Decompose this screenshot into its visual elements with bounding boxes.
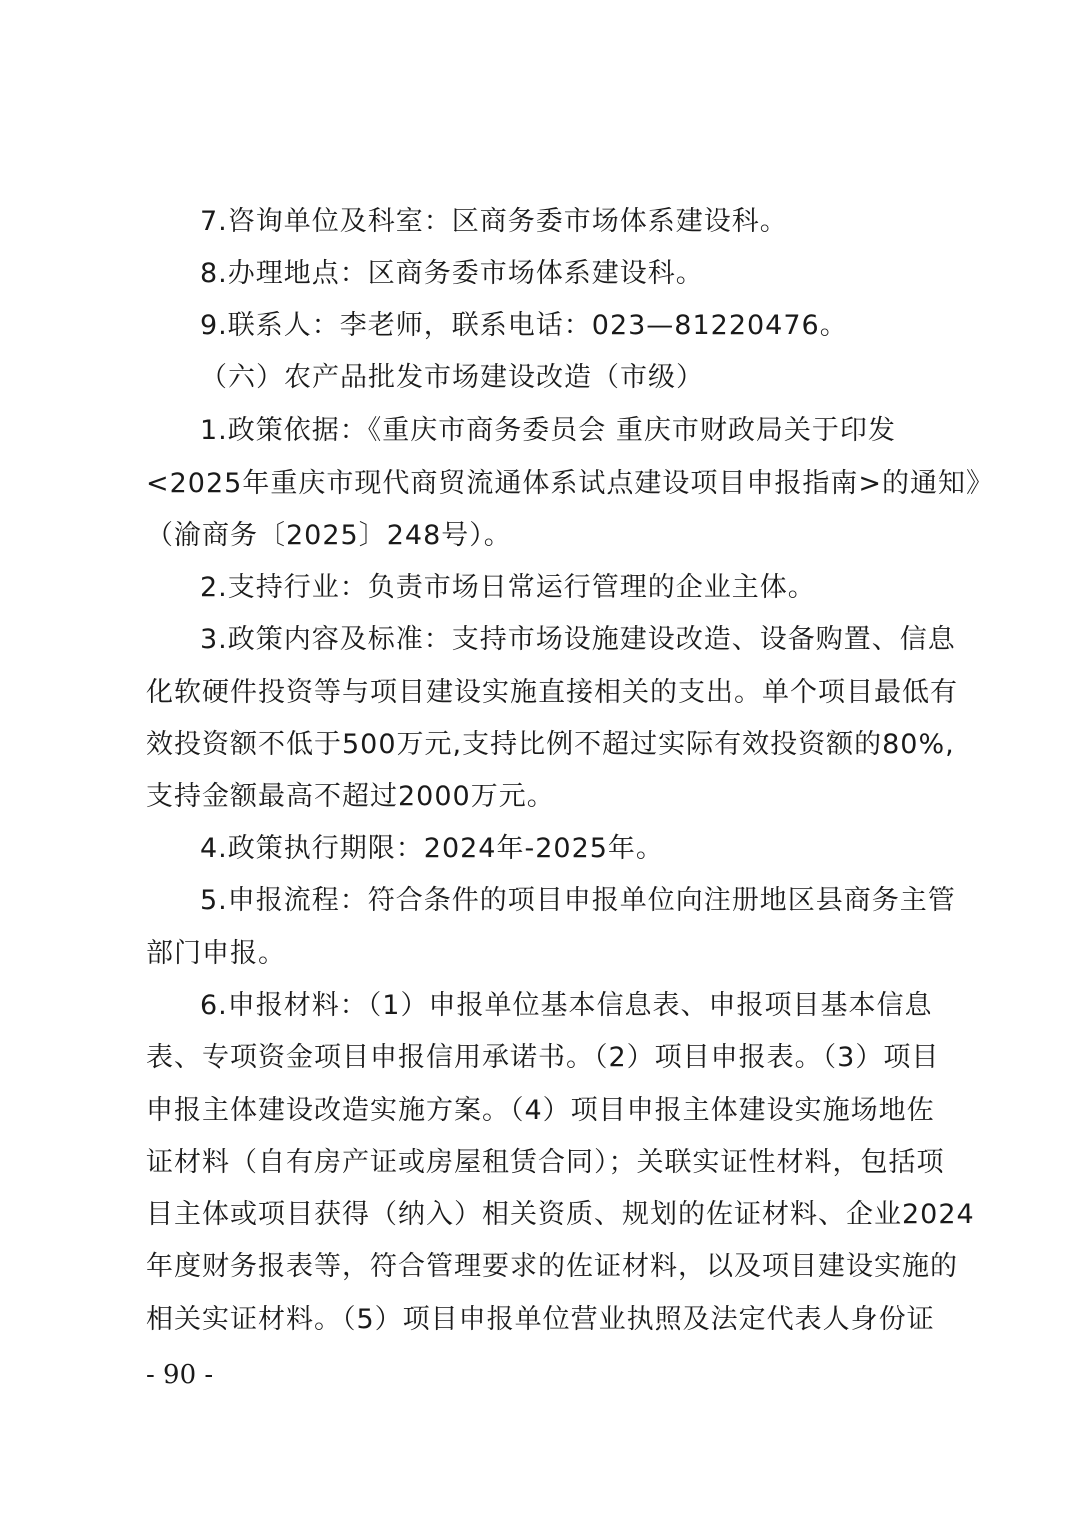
item-6-materials-cont-5: 年度财务报表等，符合管理要求的佐证材料，以及项目建设实施的 [146, 1250, 946, 1284]
item-3-policy-content-cont-2: 效投资额不低于500万元,支持比例不超过实际有效投资额的80%, [146, 728, 946, 762]
item-6-application-materials: 6.申报材料：（1）申报单位基本信息表、申报项目基本信息 [200, 989, 1000, 1023]
item-6-materials-cont-2: 申报主体建设改造实施方案。（4）项目申报主体建设实施场地佐 [146, 1094, 946, 1128]
document-page: 7.咨询单位及科室：区商务委市场体系建设科。 8.办理地点：区商务委市场体系建设… [0, 0, 1074, 1520]
item-9-contact: 9.联系人：李老师，联系电话：023—81220476。 [200, 309, 1000, 343]
item-6-materials-cont-3: 证材料（自有房产证或房屋租赁合同）；关联实证性材料，包括项 [146, 1146, 946, 1180]
item-5-application-process-cont: 部门申报。 [146, 937, 946, 971]
section-heading-6: （六）农产品批发市场建设改造（市级） [200, 361, 1000, 395]
item-6-materials-cont-1: 表、专项资金项目申报信用承诺书。（2）项目申报表。（3）项目 [146, 1041, 946, 1075]
page-number: - 90 - [146, 1358, 213, 1392]
item-8-office-location: 8.办理地点：区商务委市场体系建设科。 [200, 257, 1000, 291]
item-5-application-process: 5.申报流程：符合条件的项目申报单位向注册地区县商务主管 [200, 884, 1000, 918]
item-3-policy-content-cont-3: 支持金额最高不超过2000万元。 [146, 780, 946, 814]
item-7-consulting-unit: 7.咨询单位及科室：区商务委市场体系建设科。 [200, 205, 1000, 239]
item-4-policy-period: 4.政策执行期限：2024年-2025年。 [200, 832, 1000, 866]
item-1-policy-basis-cont-1: <2025年重庆市现代商贸流通体系试点建设项目申报指南>的通知》 [146, 467, 946, 501]
item-3-policy-content: 3.政策内容及标准：支持市场设施建设改造、设备购置、信息 [200, 623, 1000, 657]
item-1-policy-basis: 1.政策依据：《重庆市商务委员会 重庆市财政局关于印发 [200, 414, 1000, 448]
item-3-policy-content-cont-1: 化软硬件投资等与项目建设实施直接相关的支出。单个项目最低有 [146, 676, 946, 710]
item-1-policy-basis-cont-2: （渝商务〔2025〕248号）。 [146, 519, 946, 553]
item-6-materials-cont-6: 相关实证材料。（5）项目申报单位营业执照及法定代表人身份证 [146, 1303, 946, 1337]
item-2-supported-industry: 2.支持行业：负责市场日常运行管理的企业主体。 [200, 571, 1000, 605]
item-6-materials-cont-4: 目主体或项目获得（纳入）相关资质、规划的佐证材料、企业2024 [146, 1198, 946, 1232]
